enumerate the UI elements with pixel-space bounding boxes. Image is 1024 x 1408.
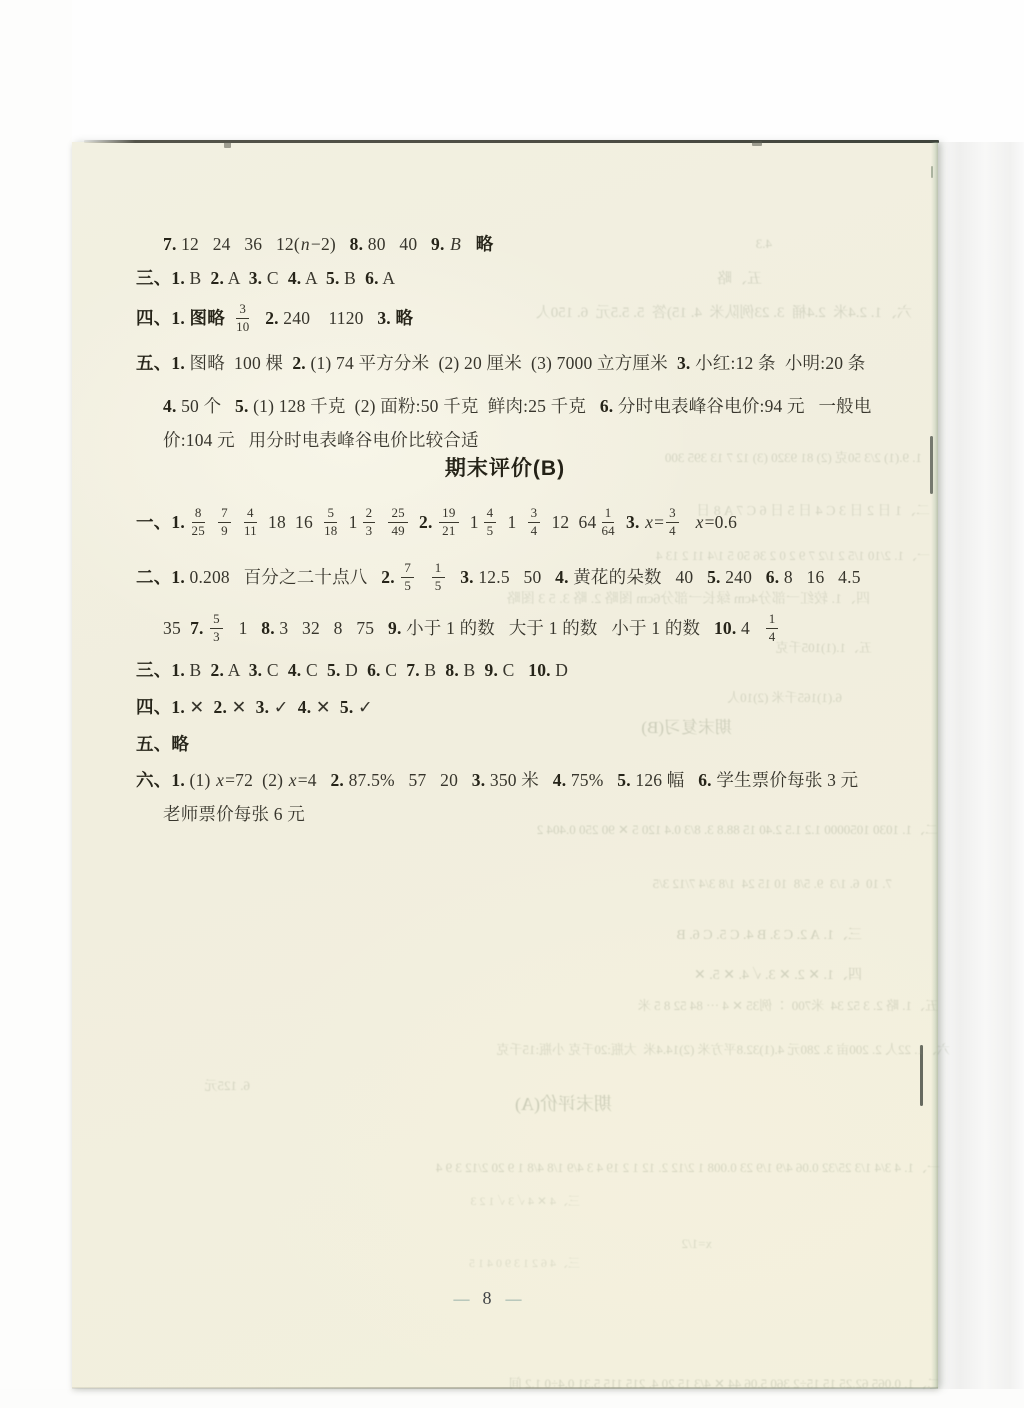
answer-line: 四、1. 图略 310 2. 240 1120 3. 略 xyxy=(136,294,413,342)
text-run: 2. xyxy=(381,567,395,588)
answer-line: 六、1. (1) x=72 (2) x=4 2. 87.5% 57 20 3. … xyxy=(136,766,858,794)
text-run: 18 16 xyxy=(259,512,322,533)
numerator: 4 xyxy=(244,505,257,522)
text-run: 1. xyxy=(171,268,185,289)
text-run: 3 32 8 75 xyxy=(275,618,388,639)
text-run: 1. xyxy=(171,353,185,374)
numerator: 8 xyxy=(192,505,205,522)
text-run: C xyxy=(498,660,528,681)
text-run: 小红:12 条 小明:20 条 xyxy=(691,353,866,374)
text-run xyxy=(416,567,430,588)
bleedthrough-text: 6.(1)165千米 (2)10人 xyxy=(542,690,842,706)
fraction-stack: 518 xyxy=(324,505,337,538)
text-run: (1) 128 千克 (2) 面粉:50 千克 鲜肉:25 千克 xyxy=(249,396,600,417)
text-run: 2. xyxy=(211,660,225,681)
denominator: 3 xyxy=(213,629,220,645)
text-run: 价:104 元 用分时电表峰谷电价比较合适 xyxy=(163,430,479,451)
text-run: 50 个 xyxy=(177,396,235,417)
fraction: 123 xyxy=(349,505,378,538)
text-run: 3. xyxy=(249,268,263,289)
text-run: ✓ xyxy=(353,697,372,718)
text-run: x xyxy=(215,770,225,791)
fraction: 34 xyxy=(526,505,543,538)
text-run: 略 xyxy=(462,234,493,255)
scanned-page: 4.3五、略六、1. 2.4米 2.4桶 3. 23例队米 4. 15)答 5.… xyxy=(72,142,938,1388)
denominator: 64 xyxy=(601,523,614,539)
page-number: —8— xyxy=(72,1288,902,1309)
bleedthrough-text: 三、1. A 2. C 3. B 4. C 5. C 6. B xyxy=(532,928,862,945)
text-run: (1) 74 平方分米 (2) 20 厘米 (3) 7000 立方厘米 xyxy=(306,353,677,374)
fraction-stack: 164 xyxy=(601,505,614,538)
answer-line: 4. 50 个 5. (1) 128 千克 (2) 面粉:50 千克 鲜肉:25… xyxy=(163,392,872,420)
text-run: 4. xyxy=(555,567,569,588)
text-run: 3. xyxy=(677,353,691,374)
text-run xyxy=(233,512,242,533)
numerator: 2 xyxy=(363,505,376,522)
text-run: 7. xyxy=(190,618,204,639)
denominator: 18 xyxy=(324,523,337,539)
answer-line: 四、1. ✕ 2. ✕ 3. ✓ 4. ✕ 5. ✓ xyxy=(136,693,373,721)
page-edge-notch xyxy=(224,142,231,148)
fraction-stack: 75 xyxy=(401,560,414,593)
text-run: 10. xyxy=(714,618,736,639)
text-run xyxy=(461,512,470,533)
text-run: C xyxy=(381,660,407,681)
text-run: 8. xyxy=(261,618,275,639)
text-run: 5. xyxy=(707,567,721,588)
text-run: 1. xyxy=(171,770,185,791)
text-run: 图略 xyxy=(185,308,234,329)
text-run: 35 xyxy=(163,618,190,639)
text-run: 240 xyxy=(721,567,766,588)
text-run xyxy=(410,512,419,533)
text-run: 4. xyxy=(288,268,302,289)
text-run: 7. xyxy=(406,660,420,681)
answer-line: 五、1. 图略 100 棵 2. (1) 74 平方分米 (2) 20 厘米 (… xyxy=(136,349,866,377)
numerator: 7 xyxy=(401,560,414,577)
text-run: 0.208 百分之二十点八 xyxy=(185,567,381,588)
text-run: 126 幅 xyxy=(631,770,698,791)
text-run: 7. xyxy=(163,234,177,255)
denominator: 25 xyxy=(192,523,205,539)
text-run xyxy=(251,308,265,329)
text-run: 80 40 xyxy=(363,234,431,255)
fraction-stack: 23 xyxy=(363,505,376,538)
text-run: 略 xyxy=(391,308,413,329)
bleedthrough-text: 二、1. 0.065 62.25 15 15÷2 360 5.06 44 ✕ 4… xyxy=(140,1376,940,1392)
text-run: 5. xyxy=(235,396,249,417)
text-run: 六、 xyxy=(136,770,171,791)
text-run: x xyxy=(644,512,654,533)
text-run: 5. xyxy=(340,697,354,718)
answer-line: 二、1. 0.208 百分之二十点八 2. 75 15 3. 12.5 50 4… xyxy=(136,553,861,601)
numerator: 19 xyxy=(439,505,458,522)
fraction-stack: 310 xyxy=(236,301,249,334)
scanner-background xyxy=(930,0,1024,1408)
text-run xyxy=(207,512,216,533)
text-run: 6. xyxy=(367,660,381,681)
denominator: 4 xyxy=(669,523,676,539)
text-run: 6. xyxy=(766,567,780,588)
text-run: 老师票价每张 6 元 xyxy=(163,804,305,825)
whole-number: 1 xyxy=(470,512,479,533)
numerator: 4 xyxy=(484,505,497,522)
numerator: 3 xyxy=(236,301,249,318)
text-run: 3. xyxy=(626,512,640,533)
page-corner-mark xyxy=(931,166,933,178)
scanner-margin-bottom xyxy=(0,1389,1024,1408)
fraction: 411 xyxy=(242,505,259,538)
text-run: 四、 xyxy=(136,697,171,718)
text-run: ✓ xyxy=(269,697,298,718)
text-run: 四、 xyxy=(136,308,171,329)
text-run: C xyxy=(301,660,327,681)
text-run: x xyxy=(695,512,705,533)
text-run: 1 xyxy=(498,512,525,533)
denominator: 5 xyxy=(435,578,442,594)
text-run: 3. xyxy=(472,770,486,791)
text-run: 2. xyxy=(292,353,306,374)
fraction: 145 xyxy=(470,505,499,538)
text-run: 75% xyxy=(566,770,617,791)
text-run: = xyxy=(654,512,664,533)
text-run xyxy=(377,512,386,533)
text-run: =4 xyxy=(298,770,331,791)
text-run: B xyxy=(449,234,462,255)
text-run: ✕ xyxy=(185,697,214,718)
fraction: 518 xyxy=(322,505,339,538)
text-run: 2. xyxy=(214,697,228,718)
text-run: 9. xyxy=(388,618,402,639)
text-run: 五、略 xyxy=(136,734,189,755)
bleedthrough-text: 6. 125元 xyxy=(120,1078,250,1094)
denominator: 21 xyxy=(442,523,455,539)
text-run: 3. xyxy=(249,660,263,681)
fraction: 64164 xyxy=(579,505,617,538)
scanner-margin-top xyxy=(0,0,1024,142)
bleedthrough-text: 4.3 xyxy=(692,236,772,252)
text-run: 9. xyxy=(485,660,499,681)
fraction-stack: 45 xyxy=(484,505,497,538)
bleedthrough-text: 期末评价(A) xyxy=(412,1094,612,1116)
denominator: 49 xyxy=(391,523,404,539)
text-run: 学生票价每张 3 元 xyxy=(712,770,859,791)
numerator: 7 xyxy=(218,505,231,522)
text-run: 2. xyxy=(265,308,279,329)
fraction: 34 xyxy=(664,505,681,538)
fraction: 75 xyxy=(399,560,416,593)
numerator: 5 xyxy=(324,505,337,522)
denominator: 11 xyxy=(244,523,257,539)
text-run xyxy=(617,512,626,533)
text-run: D xyxy=(341,660,368,681)
fraction-stack: 15 xyxy=(432,560,445,593)
text-run: 4. xyxy=(288,660,302,681)
text-run: 1. xyxy=(171,660,185,681)
answer-line: 7. 12 24 36 12(n−2) 8. 80 40 9. B 略 xyxy=(163,230,493,258)
text-run: 6. xyxy=(365,268,379,289)
answer-line: 三、1. B 2. A 3. C 4. C 5. D 6. C 7. B 8. … xyxy=(136,656,568,684)
bleedthrough-text: 期末复习(B) xyxy=(512,718,732,738)
text-run: 10. xyxy=(528,660,550,681)
text-run: 小于 1 的数 大于 1 的数 小于 1 的数 xyxy=(402,618,714,639)
text-run: 1. xyxy=(171,697,185,718)
denominator: 5 xyxy=(404,578,411,594)
text-run: 9. xyxy=(431,234,445,255)
text-run xyxy=(340,512,349,533)
text-run: 350 米 xyxy=(485,770,552,791)
bleedthrough-text: 三、4 6 2 1 3 9 0 4 1 5 xyxy=(160,1256,580,1270)
numerator: 1 xyxy=(766,611,779,628)
text-run: 1. xyxy=(171,308,185,329)
denominator: 5 xyxy=(487,523,494,539)
fraction-stack: 1921 xyxy=(439,505,458,538)
text-run: 2. xyxy=(330,770,344,791)
text-run: ✕ xyxy=(227,697,256,718)
denominator: 9 xyxy=(221,523,228,539)
text-run: 12 xyxy=(542,512,578,533)
page-number-dash: — xyxy=(506,1291,521,1308)
text-run: ✕ xyxy=(311,697,340,718)
text-run: 240 1120 xyxy=(279,308,378,329)
fraction: 79 xyxy=(216,505,233,538)
bleedthrough-text: 7. 10 6. 1/3 9. 5/8 10 15 24 1/8 3/4 7/1… xyxy=(272,876,892,892)
text-run: 8 16 4.5 xyxy=(779,567,860,588)
bleedthrough-text: 五、略 xyxy=(632,270,762,288)
text-run: 5. xyxy=(326,268,340,289)
text-run: 12.5 50 xyxy=(474,567,555,588)
page-right-edge xyxy=(931,142,938,1388)
page-edge-notch xyxy=(752,141,762,146)
fraction: 310 xyxy=(234,301,251,334)
bleedthrough-text: 五、1. 略 2. 3 52 34 米700 ∶ 例35 ✕ 4 ⋯ 84 52… xyxy=(168,998,938,1014)
denominator: 4 xyxy=(531,523,538,539)
answer-line: 价:104 元 用分时电表峰谷电价比较合适 xyxy=(163,426,479,454)
fraction: 1921 xyxy=(437,505,460,538)
denominator: 10 xyxy=(236,319,249,335)
whole-number: 1 xyxy=(349,512,358,533)
text-run: B xyxy=(340,268,366,289)
fraction-stack: 14 xyxy=(766,611,779,644)
text-run: 五、 xyxy=(136,353,171,374)
numerator: 1 xyxy=(432,560,445,577)
text-run: D xyxy=(551,660,568,681)
fraction: 53 xyxy=(208,611,225,644)
fraction-stack: 34 xyxy=(666,505,679,538)
text-run: 2. xyxy=(211,268,225,289)
answer-line: 35 7. 53 1 8. 3 32 8 75 9. 小于 1 的数 大于 1 … xyxy=(163,604,780,652)
section-heading: 期末评价(B) xyxy=(72,452,938,482)
text-run: x xyxy=(288,770,298,791)
text-run: 3. xyxy=(377,308,391,329)
text-run xyxy=(447,567,461,588)
fraction: 15 xyxy=(430,560,447,593)
numerator: 3 xyxy=(666,505,679,522)
text-run: =0.6 xyxy=(705,512,738,533)
text-run: 6. xyxy=(698,770,712,791)
text-run: 8. xyxy=(350,234,364,255)
whole-number: 64 xyxy=(579,512,597,533)
bleedthrough-text: 六、1. 22人 2. 200亩 3. 280元 4.(1)32.8平方米 (2… xyxy=(150,1042,950,1058)
text-run: 2. xyxy=(419,512,433,533)
text-run: A xyxy=(224,660,249,681)
page-number-dash: — xyxy=(454,1291,469,1308)
text-run: C xyxy=(262,660,288,681)
answer-line: 五、略 xyxy=(136,730,189,758)
numerator: 25 xyxy=(388,505,407,522)
text-run: 3. xyxy=(256,697,270,718)
numerator: 3 xyxy=(528,505,541,522)
text-run: 5. xyxy=(617,770,631,791)
bleedthrough-text: x=1/2 xyxy=(572,1236,712,1252)
text-run: 1. xyxy=(171,567,185,588)
text-run: 1. xyxy=(171,512,185,533)
text-run: 4. xyxy=(553,770,567,791)
fraction: 2549 xyxy=(386,505,409,538)
bleedthrough-text: 一、1. 4 3/4 1/3 25/32 0.06 4/9 1/9 23 0.0… xyxy=(140,1160,940,1176)
text-run: 二、 xyxy=(136,567,171,588)
text-run: B xyxy=(185,660,211,681)
fraction-stack: 825 xyxy=(192,505,205,538)
text-run: 4 xyxy=(736,618,763,639)
fraction: 14 xyxy=(764,611,781,644)
text-run: 8. xyxy=(445,660,459,681)
text-run: B xyxy=(185,268,211,289)
text-run: 87.5% 57 20 xyxy=(344,770,472,791)
denominator: 4 xyxy=(769,629,776,645)
text-run: B xyxy=(420,660,446,681)
scanner-margin-left xyxy=(0,0,72,1408)
text-run: 12 24 36 12( xyxy=(177,234,300,255)
text-run: A xyxy=(379,268,395,289)
fraction-stack: 411 xyxy=(244,505,257,538)
text-run: 4. xyxy=(163,396,177,417)
numerator: 5 xyxy=(210,611,223,628)
text-run: =72 (2) xyxy=(225,770,288,791)
text-run: 图略 100 棵 xyxy=(185,353,292,374)
fraction-stack: 34 xyxy=(528,505,541,538)
text-run: 5. xyxy=(327,660,341,681)
bleedthrough-text: 三、4 ✕ 4 ✓ 3 ✓ 1 2 3 xyxy=(160,1194,580,1208)
answer-line: 一、1. 825 79 411 18 16 518 123 2549 2. 19… xyxy=(136,498,737,546)
text-run: 分时电表峰谷电价:94 元 一般电 xyxy=(613,396,871,417)
page-number-value: 8 xyxy=(483,1288,492,1308)
text-run: 一、 xyxy=(136,512,171,533)
numerator: 1 xyxy=(602,505,615,522)
text-run: 3. xyxy=(460,567,474,588)
text-run: 6. xyxy=(600,396,614,417)
text-run: 黄花的朵数 40 xyxy=(569,567,707,588)
text-run: n xyxy=(300,234,311,255)
text-run: A xyxy=(224,268,249,289)
answer-line: 三、1. B 2. A 3. C 4. A 5. B 6. A xyxy=(136,264,395,292)
fraction-stack: 79 xyxy=(218,505,231,538)
text-run: B xyxy=(459,660,485,681)
text-run xyxy=(681,512,695,533)
text-run: 4. xyxy=(298,697,312,718)
page-top-edge xyxy=(84,140,939,143)
text-run: C xyxy=(262,268,288,289)
denominator: 3 xyxy=(366,523,373,539)
fraction-stack: 53 xyxy=(210,611,223,644)
answer-line: 老师票价每张 6 元 xyxy=(163,800,305,828)
fraction: 825 xyxy=(190,505,207,538)
bleedthrough-text: 四、1. ✕ 2. ✕ 3. ✓ 4. ✕ 5. ✕ xyxy=(532,968,862,985)
text-run: 三、 xyxy=(136,660,171,681)
fraction-stack: 2549 xyxy=(388,505,407,538)
text-run: (1) xyxy=(185,770,215,791)
text-run: 1 xyxy=(225,618,261,639)
text-run: −2) xyxy=(311,234,350,255)
text-run: 三、 xyxy=(136,268,171,289)
text-run: A xyxy=(301,268,326,289)
